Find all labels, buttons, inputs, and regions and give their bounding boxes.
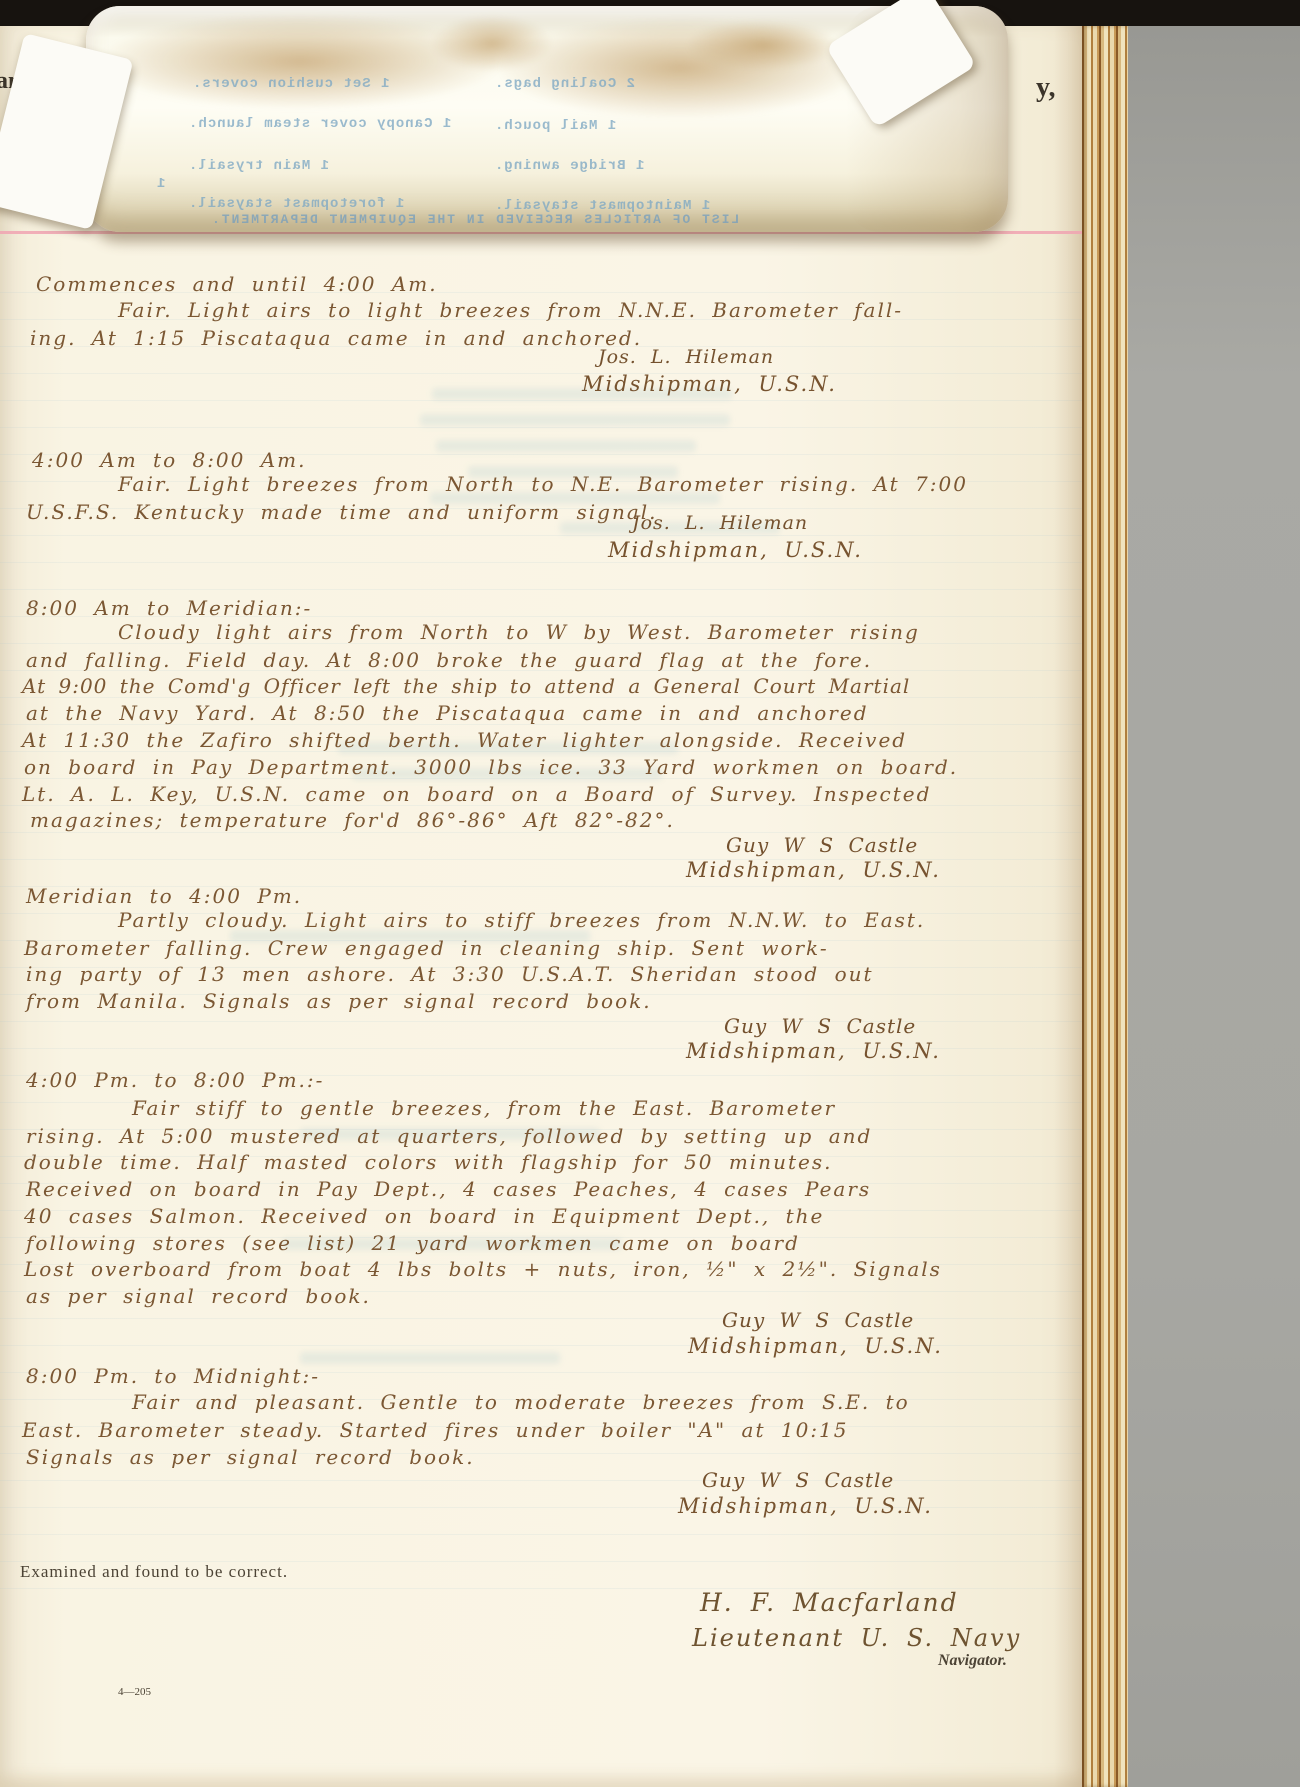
entry-heading: 4:00 Am to 8:00 Am.: [32, 448, 307, 472]
log-line: U.S.F.S. Kentucky made time and uniform …: [26, 500, 658, 524]
log-line: as per signal record book.: [26, 1284, 371, 1308]
ink-bleed: [420, 414, 730, 426]
header-fragment-right: y,: [1036, 72, 1055, 104]
log-line: Received on board in Pay Dept., 4 cases …: [26, 1177, 871, 1201]
entry-heading: 4:00 Pm. to 8:00 Pm.:-: [26, 1068, 324, 1092]
log-line: Fair and pleasant. Gentle to moderate br…: [132, 1390, 910, 1414]
logbook-scan: and y, 1 Set cushion covers. 2 Coaling b…: [0, 0, 1300, 1787]
log-line: rising. At 5:00 mustered at quarters, fo…: [26, 1124, 872, 1148]
log-line: Partly cloudy. Light airs to stiff breez…: [118, 908, 925, 932]
log-line: At 9:00 the Comd'g Officer left the ship…: [22, 674, 910, 698]
log-line: and falling. Field day. At 8:00 broke th…: [26, 648, 872, 672]
log-line: Signals as per signal record book.: [26, 1445, 475, 1469]
mirrored-list-item: 1 Mail pouch.: [494, 118, 616, 134]
navigator-label: Navigator.: [938, 1652, 1007, 1670]
entry-heading: Meridian to 4:00 Pm.: [26, 884, 302, 908]
entry-heading: Commences and until 4:00 Am.: [36, 272, 438, 296]
log-line: ing party of 13 men ashore. At 3:30 U.S.…: [26, 962, 874, 986]
mirrored-list-item: 1 Canopy cover steam launch.: [188, 116, 451, 132]
examined-statement: Examined and found to be correct.: [20, 1562, 288, 1582]
log-line: double time. Half masted colors with fla…: [24, 1150, 832, 1174]
form-number: 4—205: [118, 1686, 151, 1698]
signature-title: Midshipman, U.S.N.: [678, 1494, 933, 1518]
signature-title: Midshipman, U.S.N.: [686, 1039, 941, 1063]
signature: Guy W S Castle: [726, 833, 918, 857]
signature: Guy W S Castle: [702, 1468, 894, 1492]
navigator-signature: H. F. Macfarland: [700, 1588, 959, 1617]
tissue-stain: [688, 20, 838, 70]
mirrored-list-item: 1 Main trysail.: [188, 158, 329, 174]
log-line: magazines; temperature for'd 86°-86° Aft…: [30, 808, 675, 832]
signature-title: Midshipman, U.S.N.: [688, 1334, 943, 1358]
background-surface: [1128, 26, 1300, 1787]
signature-title: Midshipman, U.S.N.: [582, 372, 837, 396]
ink-bleed: [436, 440, 696, 452]
log-line: Cloudy light airs from North to W by Wes…: [118, 620, 920, 644]
page-fold-shadow: [1054, 26, 1082, 1787]
log-line: 40 cases Salmon. Received on board in Eq…: [24, 1204, 824, 1228]
log-line: Fair stiff to gentle breezes, from the E…: [132, 1096, 836, 1120]
log-line: At 11:30 the Zafiro shifted berth. Water…: [22, 728, 907, 752]
entry-heading: 8:00 Am to Meridian:-: [26, 596, 312, 620]
mirrored-list-item: 1 Set cushion covers.: [192, 76, 389, 92]
log-line: following stores (see list) 21 yard work…: [26, 1231, 800, 1255]
log-line: Barometer falling. Crew engaged in clean…: [24, 936, 829, 960]
mirrored-list-item: 2 Coaling bags.: [494, 76, 635, 92]
signature-title: Midshipman, U.S.N.: [608, 538, 863, 562]
navigator-rank: Lieutenant U. S. Navy: [692, 1624, 1021, 1652]
log-line: Lost overboard from boat 4 lbs bolts + n…: [24, 1257, 942, 1281]
log-line: at the Navy Yard. At 8:50 the Piscataqua…: [26, 701, 869, 725]
log-line: on board in Pay Department. 3000 lbs ice…: [24, 755, 958, 779]
log-line: East. Barometer steady. Started fires un…: [22, 1418, 849, 1442]
signature: Jos. L. Hileman: [632, 512, 808, 534]
mirrored-list-title: LIST OF ARTICLES RECEIVED IN THE EQUIPME…: [210, 212, 739, 227]
ink-bleed: [300, 1352, 560, 1364]
log-line: Fair. Light breezes from North to N.E. B…: [118, 472, 968, 496]
log-line: from Manila. Signals as per signal recor…: [26, 989, 652, 1013]
entry-heading: 8:00 Pm. to Midnight:-: [26, 1364, 320, 1388]
signature: Jos. L. Hileman: [598, 346, 774, 368]
mirrored-list-item: 1 Bridge awning.: [494, 158, 644, 174]
page-stack-edge: [1082, 26, 1128, 1787]
mirrored-list-item: 1 foretopmast staysail.: [188, 196, 404, 212]
log-line: Fair. Light airs to light breezes from N…: [118, 298, 903, 322]
signature-title: Midshipman, U.S.N.: [686, 858, 941, 882]
signature: Guy W S Castle: [722, 1308, 914, 1332]
signature: Guy W S Castle: [724, 1014, 916, 1038]
mirrored-stray-mark: 1: [156, 176, 165, 192]
log-line: Lt. A. L. Key, U.S.N. came on board on a…: [22, 782, 931, 806]
log-line: ing. At 1:15 Piscataqua came in and anch…: [30, 326, 642, 350]
